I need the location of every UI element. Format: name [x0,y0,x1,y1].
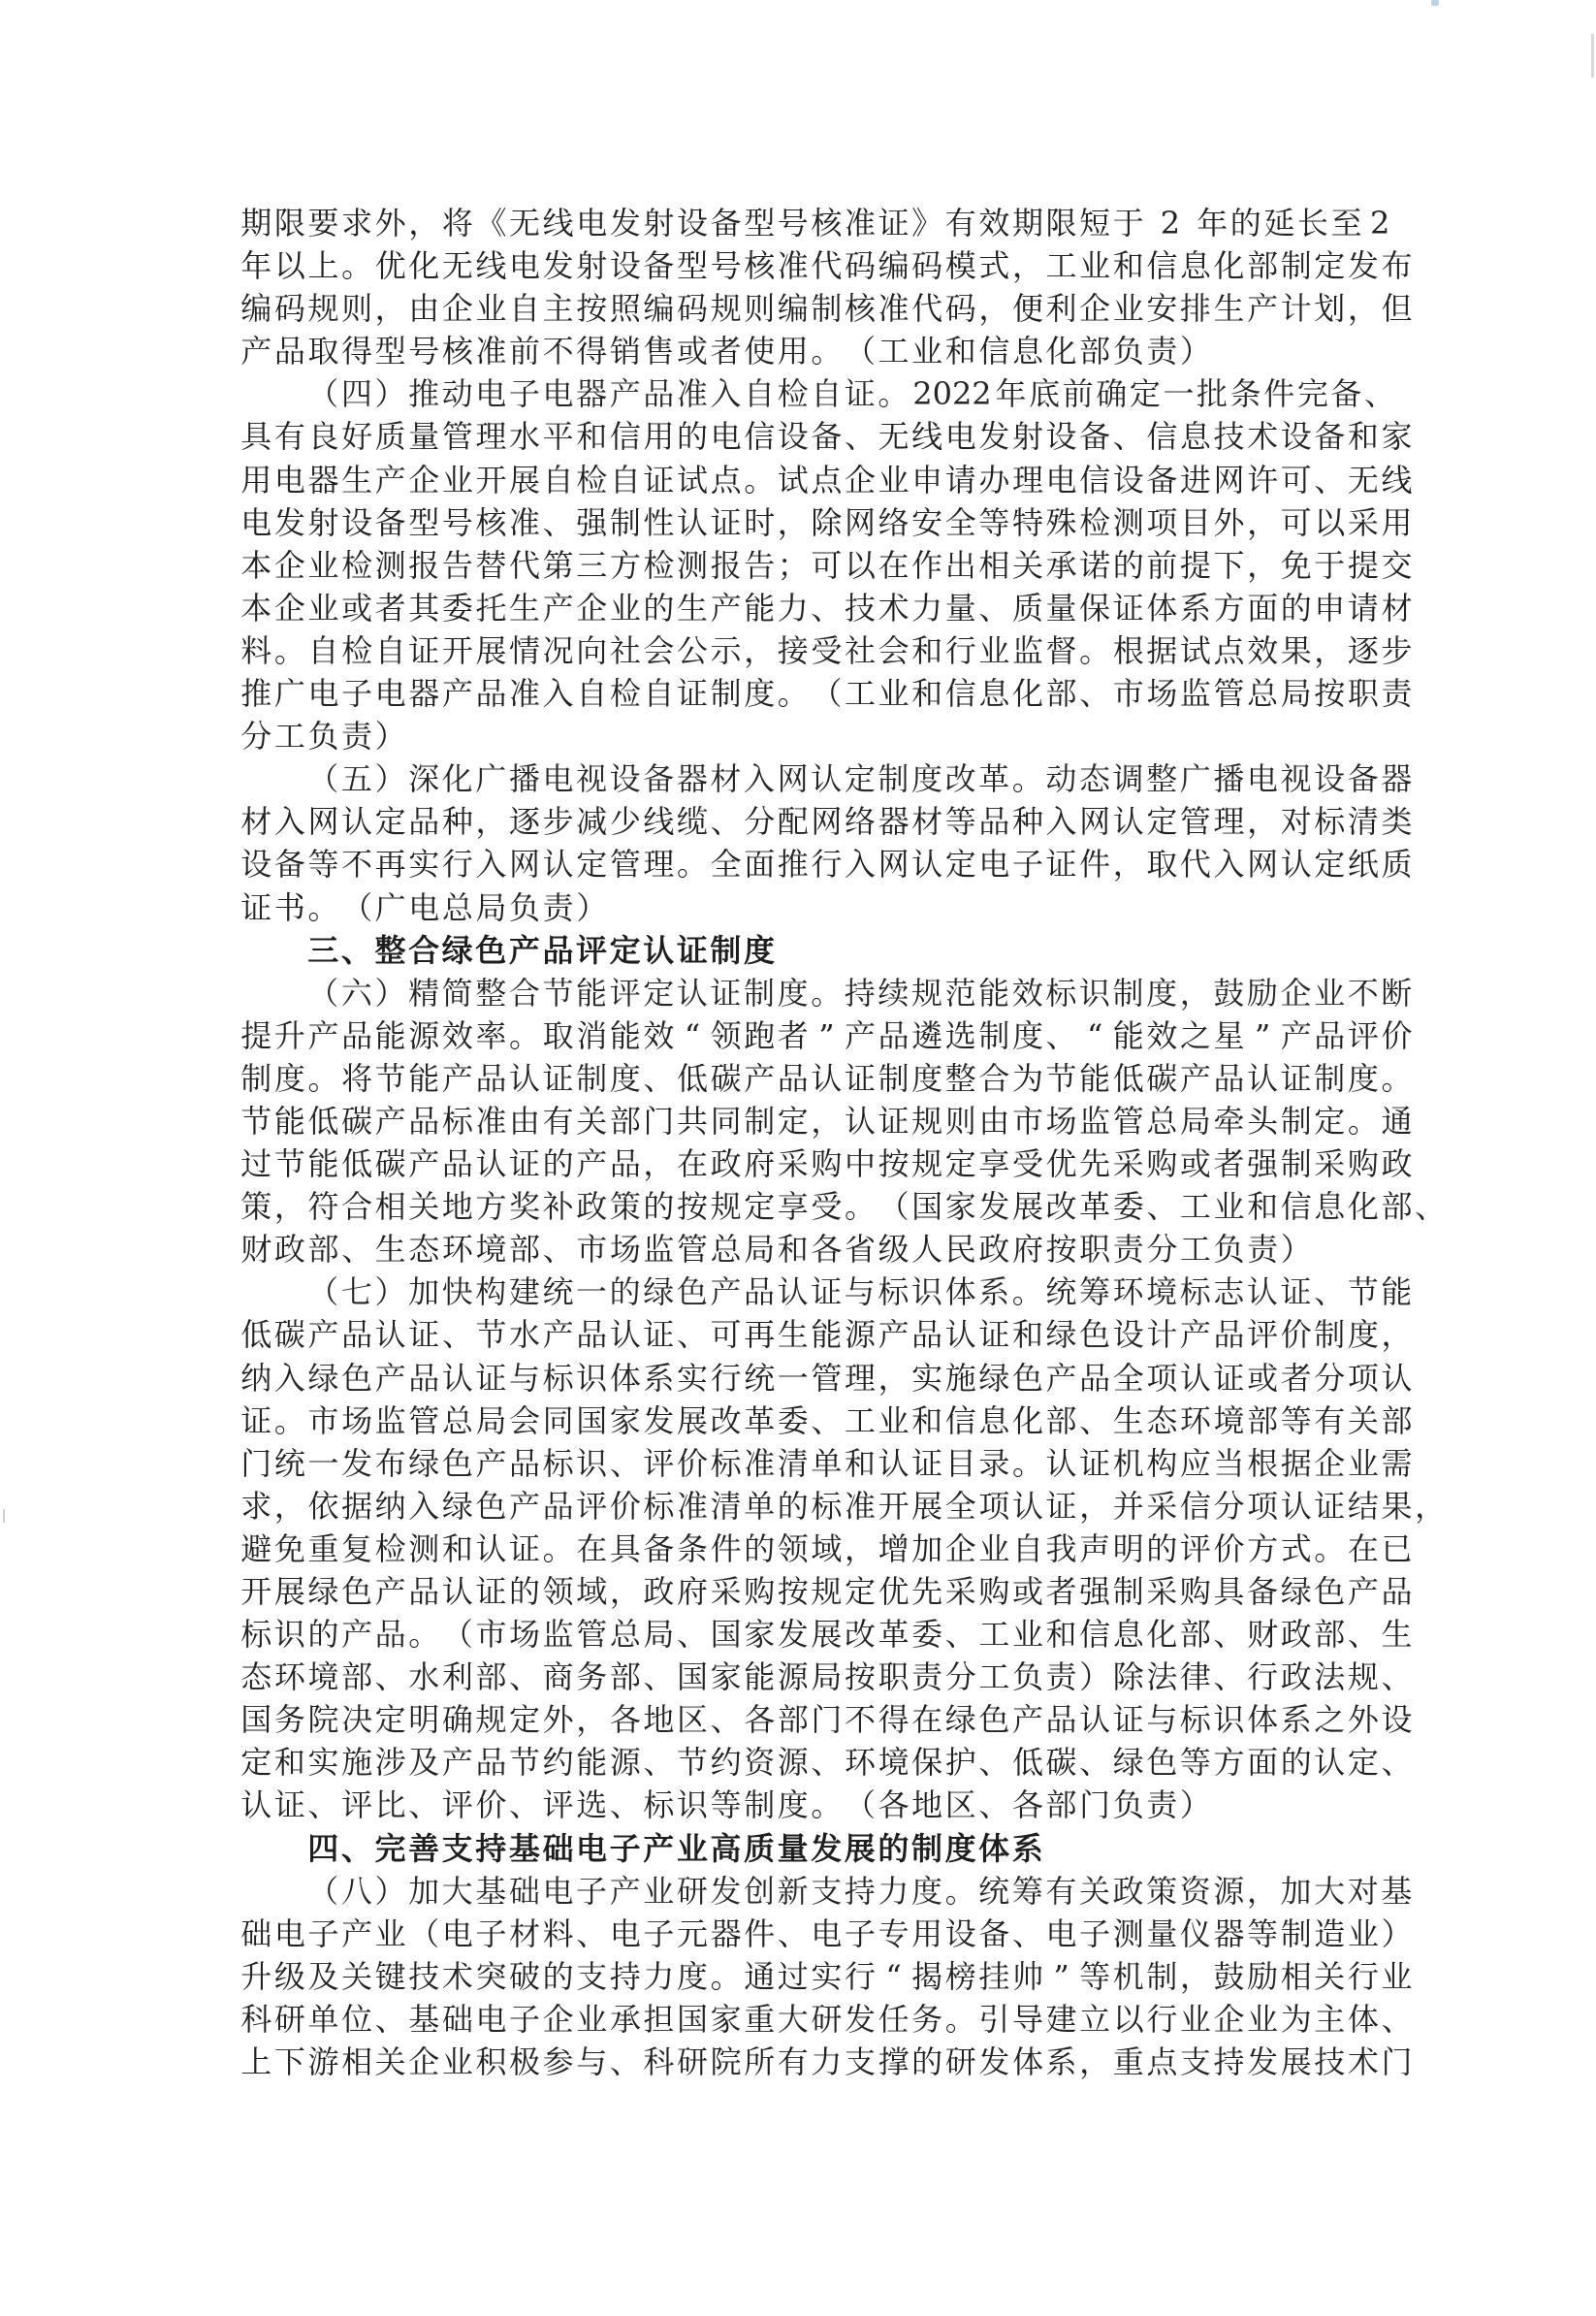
glyph: 。 [943,1998,977,2041]
glyph: 完 [373,1827,407,1870]
glyph: 电 [609,1913,643,1955]
glyph: 理 [1011,459,1045,501]
glyph: 得 [877,1698,910,1741]
glyph: 效 [1246,629,1280,672]
glyph: 等 [977,501,1011,544]
glyph: 步 [1380,629,1414,672]
glyph: 网 [1246,843,1280,885]
glyph: 具 [1212,1570,1246,1613]
glyph: 点 [1212,629,1246,672]
glyph: 门 [239,1442,273,1485]
glyph: （ [306,972,340,1014]
glyph: 点 [1145,2041,1179,2083]
glyph: 监 [1179,672,1213,715]
glyph: 量 [776,1827,810,1870]
glyph: 准 [844,1485,878,1528]
glyph: 局 [474,886,508,929]
glyph: 优 [877,1570,910,1613]
glyph: 品 [407,1100,441,1142]
glyph: 上 [239,2041,273,2083]
glyph: 将 [441,202,475,244]
glyph: 专 [877,1913,910,1955]
glyph: 良 [306,415,340,458]
glyph: 方 [1212,1741,1246,1784]
glyph: 效 [642,1014,676,1057]
glyph: 检 [575,459,609,501]
glyph: 揭 [910,1955,944,1998]
glyph: 监 [1011,629,1045,672]
glyph: 识 [575,1357,609,1399]
glyph: 、 [709,800,743,843]
glyph: 单 [306,1998,340,2041]
glyph: ） [373,757,407,800]
glyph: 效 [1145,1014,1179,1057]
glyph: 绿 [1044,1313,1078,1356]
glyph: 策 [609,1185,643,1228]
glyph: 动 [1044,757,1078,800]
glyph: 号 [709,244,743,287]
glyph: 并 [1111,1485,1145,1528]
glyph: 网 [844,501,878,544]
glyph: 星 [1212,1014,1246,1057]
glyph: 认 [474,1528,508,1570]
glyph: 负 [1212,1228,1246,1271]
glyph: 仪 [1179,1913,1213,1955]
glyph: 七 [340,1271,374,1313]
glyph: 子 [340,672,374,715]
glyph: 同 [709,1100,743,1142]
glyph: 标 [1178,1271,1212,1313]
glyph: 证 [1111,1698,1145,1741]
glyph: 品 [877,1014,910,1057]
glyph: 领 [777,1528,811,1570]
glyph: 。 [273,629,307,672]
glyph: 证 [273,1784,307,1826]
glyph: 、 [373,1998,407,2041]
glyph: 信 [1078,1613,1112,1656]
glyph: 重 [306,1528,340,1570]
glyph: 定 [239,1741,273,1784]
glyph: 局 [810,1656,844,1698]
glyph: 设 [608,757,642,800]
glyph: 购 [810,1142,844,1185]
glyph: 年 [1196,202,1229,244]
glyph: 共 [676,1100,710,1142]
glyph: 电 [541,372,575,415]
glyph: 制 [1279,1142,1313,1185]
glyph: 在 [575,1528,609,1570]
glyph: 产 [306,1313,340,1356]
glyph: 大 [1313,1870,1347,1913]
glyph: 绿 [441,1485,475,1528]
glyph: 统 [743,1357,777,1399]
glyph: 证 [844,1057,878,1100]
glyph: 证 [1111,587,1145,629]
text-line: 避免重复检测和认证。在具备条件的领域，增加企业自我声明的评价方式。在已 [239,1528,1350,1570]
glyph: 告 [743,544,777,587]
glyph: 入 [844,843,878,885]
glyph: 色 [1011,1357,1045,1399]
scan-artifact-right-edge [1591,34,1594,78]
glyph: 发 [1246,2041,1280,2083]
glyph: 总 [1246,672,1280,715]
glyph: 度 [273,1057,307,1100]
glyph: 提 [1179,544,1213,587]
glyph: 发 [810,1827,844,1870]
glyph: 认 [642,929,676,972]
glyph: 、 [810,587,844,629]
glyph: 统 [273,1442,307,1485]
document-page: 期限要求外，将《无线电发射设备型号核准证》有效期限短于 2 年的延长至 2 年以… [0,0,1596,2316]
glyph: 节 [373,1057,407,1100]
glyph: 定 [844,1570,878,1613]
text-line: 具有良好质量管理水平和信用的电信设备、无线电发射设备、信息技术设备和家 [239,415,1350,458]
glyph: 财 [239,1228,273,1271]
glyph: 产 [474,1442,508,1485]
glyph: 果 [1380,1485,1414,1528]
glyph: 号 [407,330,441,372]
glyph: 色 [977,1698,1011,1741]
glyph: ） [1179,330,1213,372]
glyph: 一 [777,1357,811,1399]
glyph: 生 [508,587,542,629]
glyph: 产 [441,672,475,715]
glyph: 标 [709,1442,743,1485]
glyph: 证 [877,202,910,244]
glyph: 子 [575,1870,609,1913]
glyph: 低 [1011,1741,1045,1784]
glyph: 调 [1111,757,1145,800]
glyph: 、 [1347,1613,1381,1656]
glyph: 水 [407,1656,441,1698]
glyph: 系 [1279,1698,1313,1741]
glyph: 备 [1346,757,1380,800]
glyph: 自 [642,672,676,715]
glyph: 机 [1111,1955,1145,1998]
paragraph-lead-line: （七）加快构建统一的绿色产品认证与标识体系。统筹环境标志认证、节能 [239,1271,1350,1313]
glyph: 、 [609,1442,643,1485]
glyph: 、 [676,1613,710,1656]
glyph: 导 [1011,1998,1045,2041]
glyph: 可 [810,544,844,587]
glyph: 书 [273,886,307,929]
glyph: 为 [1279,1998,1313,2041]
glyph: （ [340,886,374,929]
glyph: 型 [373,330,407,372]
glyph: 认 [810,1057,844,1100]
glyph: 合 [340,1185,374,1228]
glyph: 设 [609,244,643,287]
glyph: 产 [1246,287,1280,330]
glyph: 件 [709,1528,743,1570]
glyph: 化 [1011,1399,1045,1442]
glyph: 开 [441,629,475,672]
glyph: 会 [877,629,910,672]
glyph: 购 [1145,1142,1179,1185]
glyph: 能 [373,1014,407,1057]
glyph: 科 [239,1998,273,2041]
glyph: 负 [306,715,340,757]
glyph: 规 [709,1185,743,1228]
glyph: 部 [1044,1399,1078,1442]
glyph: 取 [541,1014,575,1057]
glyph: 广 [474,757,508,800]
glyph: 发 [844,1998,878,2041]
glyph: 备 [1329,372,1363,415]
glyph: 提 [239,1014,273,1057]
glyph: 电 [441,1913,475,1955]
glyph: 按 [1044,1228,1078,1271]
glyph: 定 [373,800,407,843]
glyph: 量 [1145,1913,1179,1955]
glyph: 整 [373,929,407,972]
glyph: 制 [575,1057,609,1100]
glyph: 备 [273,843,307,885]
glyph: 设 [943,1913,977,1955]
glyph: 部 [340,1656,374,1698]
glyph: 部 [1313,1613,1347,1656]
glyph: 、 [340,1228,374,1271]
glyph: 电 [1044,459,1078,501]
glyph: 有 [777,2041,811,2083]
glyph: 碳 [373,1142,407,1185]
glyph: 制 [743,1784,777,1826]
glyph: 码 [676,287,710,330]
glyph: 器 [877,800,910,843]
glyph: 产 [508,1485,542,1528]
glyph: 境 [1212,1399,1246,1442]
glyph: 体 [1011,2041,1045,2083]
glyph: 编 [877,244,910,287]
glyph: 率 [474,1014,508,1057]
glyph: 质 [1011,587,1045,629]
glyph: 定 [943,843,977,885]
glyph: 理 [844,1357,878,1399]
glyph: 受 [810,629,844,672]
glyph: 先 [1078,1142,1112,1185]
glyph: 电 [373,672,407,715]
text-line: 国务院决定明确规定外，各地区、各部门不得在绿色产品认证与标识体系之外设 [239,1698,1350,1741]
glyph: 清 [709,1485,743,1528]
glyph: 色 [474,1485,508,1528]
glyph: 度 [676,1955,710,1998]
glyph: 生 [777,1313,811,1356]
glyph: ） [575,886,609,929]
glyph: 管 [407,1399,441,1442]
glyph: 、 [575,1913,609,1955]
glyph: 产 [709,1271,743,1313]
glyph: 域 [575,1570,609,1613]
glyph: 约 [709,1741,743,1784]
glyph: 政 [1279,1613,1313,1656]
glyph: 由 [407,287,441,330]
glyph: 过 [777,1955,811,1998]
glyph: 减 [575,800,609,843]
glyph: 技 [1212,415,1246,458]
glyph: 法 [1313,1656,1347,1698]
glyph: 强 [1078,1570,1112,1613]
glyph: 利 [441,1656,475,1698]
glyph: 定 [743,1185,777,1228]
glyph: 生 [1380,1613,1414,1656]
glyph: 期 [1011,202,1045,244]
glyph: 革 [977,757,1011,800]
glyph: 或 [340,587,374,629]
glyph: 品 [642,372,676,415]
glyph: 编 [239,287,273,330]
glyph: 水 [508,1313,542,1356]
glyph: 业 [676,1827,710,1870]
glyph: 的 [642,587,676,629]
glyph: 革 [877,1613,910,1656]
glyph: 完 [1296,372,1330,415]
glyph: 、 [1380,1998,1414,2041]
glyph: 网 [306,800,340,843]
glyph: 线 [541,202,575,244]
text-line: 开展绿色产品认证的领域，政府采购按规定优先采购或者强制采购具备绿色产品 [239,1570,1350,1613]
glyph: 按 [1313,672,1347,715]
glyph: ； [777,544,811,587]
glyph: 务 [273,1698,307,1741]
glyph: 认 [1380,1357,1414,1399]
glyph: 的 [877,1827,910,1870]
text-line: 编码规则，由企业自主按照编码规则编制核准代码，便利企业安排生产计划，但 [239,287,1350,330]
glyph: 能 [575,972,609,1014]
glyph: 全 [709,843,743,885]
glyph: 证 [844,372,878,415]
glyph: 业 [373,1913,407,1955]
glyph: 息 [977,1399,1011,1442]
glyph: 评 [541,1784,575,1826]
text-line: 期限要求外，将《无线电发射设备型号核准证》有效期限短于 2 年的延长至 2 [239,202,1350,244]
glyph: 院 [306,1698,340,1741]
glyph: 则 [943,1100,977,1142]
glyph: 业 [306,544,340,587]
glyph: 认 [441,1357,475,1399]
glyph: ， [877,1357,910,1399]
glyph: 开 [239,1570,273,1613]
glyph: 各 [609,1698,643,1741]
glyph: 入 [709,372,743,415]
glyph: 种 [441,800,475,843]
glyph: 。 [777,672,811,715]
glyph: 检 [340,544,374,587]
glyph: 产 [407,1142,441,1185]
glyph: 无 [441,244,475,287]
glyph: 评 [575,1485,609,1528]
glyph: 行 [844,1955,878,1998]
glyph: ， [1313,629,1347,672]
glyph: 中 [844,1142,878,1185]
paragraph-lead-line: （六）精简整合节能评定认证制度。持续规范能效标识制度，鼓励企业不断 [239,972,1350,1014]
glyph: 划 [1313,287,1347,330]
glyph: 的 [1111,544,1145,587]
glyph: 总 [441,886,475,929]
glyph: 射 [1011,415,1045,458]
glyph: 线 [474,244,508,287]
glyph: 与 [844,1271,878,1313]
glyph: 加 [407,1870,441,1913]
glyph: 定 [1145,800,1179,843]
glyph: 碳 [1145,1057,1179,1100]
glyph: 化 [1145,1613,1179,1656]
glyph: 前 [1061,372,1095,415]
glyph: 证 [474,1357,508,1399]
glyph: 进 [1179,459,1213,501]
glyph: 绿 [1111,1741,1145,1784]
glyph: 备 [642,757,676,800]
glyph: 工 [1044,244,1078,287]
glyph: 认 [441,1570,475,1613]
glyph: 民 [943,1228,977,1271]
glyph: 务 [575,1656,609,1698]
glyph: 开 [474,459,508,501]
glyph: 度 [743,929,777,972]
glyph: 品 [407,1570,441,1613]
glyph: 的 [642,1185,676,1228]
glyph: 器 [407,672,441,715]
glyph: ） [1279,1228,1313,1271]
glyph: 企 [441,287,475,330]
glyph: 企 [1212,1998,1246,2041]
glyph: 约 [541,1741,575,1784]
glyph: 础 [508,1870,542,1913]
glyph: 认 [676,972,710,1014]
glyph: 标 [1044,972,1078,1014]
glyph: 大 [440,1870,474,1913]
glyph: 六 [340,972,374,1014]
glyph: 示 [709,629,743,672]
glyph: 政 [709,1142,743,1185]
glyph: 网 [810,800,844,843]
glyph: 能 [609,1014,643,1057]
text-line: 推广电子电器产品准入自检自证制度。（工业和信息化部、市场监管总局按职责 [239,672,1350,715]
glyph: 、 [541,1228,575,1271]
glyph: 态 [1145,1399,1179,1442]
glyph: 政 [575,1185,609,1228]
glyph: 的 [777,1485,811,1528]
glyph: 准 [474,1100,508,1142]
glyph: 者 [1279,1357,1313,1399]
scan-artifact-top [1431,0,1439,6]
glyph: 、 [1414,1185,1448,1228]
glyph: 按 [877,1142,910,1185]
glyph: 的 [910,2041,944,2083]
glyph: 认 [340,800,374,843]
glyph: 制 [239,1057,273,1100]
glyph: 全 [943,1485,977,1528]
glyph: 已 [1380,1528,1414,1570]
glyph: 证 [1279,1271,1313,1313]
glyph: 避 [239,1528,273,1570]
glyph: 合 [977,1057,1011,1100]
glyph: ， [642,1142,676,1185]
glyph: 先 [910,1570,944,1613]
glyph: 元 [676,1913,710,1955]
glyph: 市 [575,1228,609,1271]
glyph: 的 [676,415,710,458]
glyph: 制 [1111,972,1145,1014]
glyph: 理 [1212,800,1246,843]
glyph: 定 [1313,1100,1347,1142]
glyph: 、 [340,1827,374,1870]
glyph: 业 [1380,1955,1414,1998]
glyph: 认 [474,1142,508,1185]
glyph: 设 [1279,415,1313,458]
glyph: 评 [340,1784,374,1826]
glyph: 实 [910,1357,944,1399]
glyph: 关 [1347,1399,1381,1442]
